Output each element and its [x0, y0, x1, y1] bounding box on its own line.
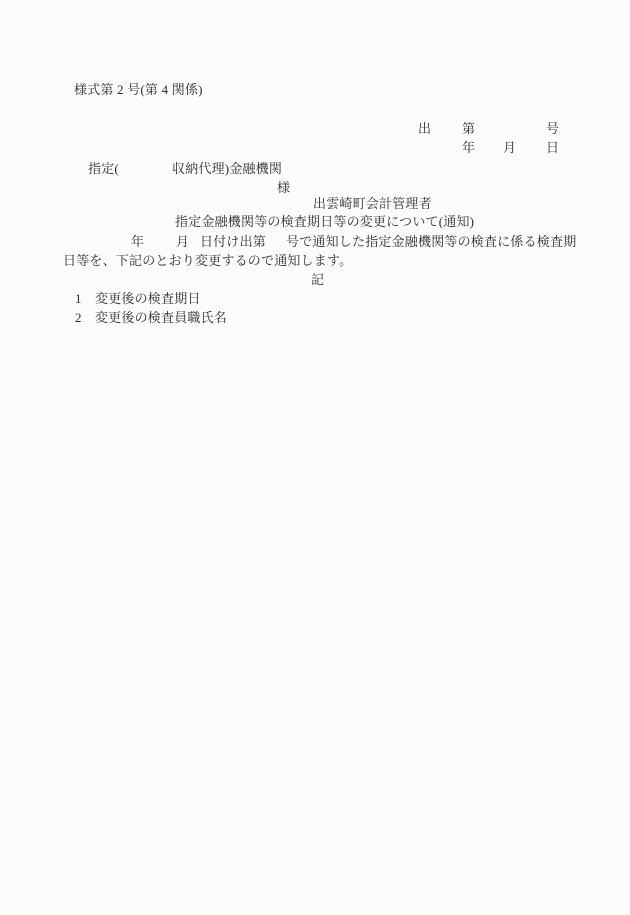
- body-line2: 日等を、下記のとおり変更するので通知します。: [63, 254, 352, 269]
- list-item-number: 2: [75, 311, 82, 326]
- list-item-number: 1: [75, 292, 82, 307]
- body-line1-rest: 号で通知した指定金融機関等の検査に係る検査期: [286, 235, 576, 250]
- list-item-label: 変更後の検査期日: [95, 292, 201, 307]
- body-line1-year: 年: [131, 235, 144, 250]
- doc-number-prefix: 第: [462, 122, 475, 137]
- doc-number-agency: 出: [418, 122, 431, 137]
- doc-number-suffix: 号: [546, 122, 559, 137]
- body-line1-day-prefix: 日付け出第: [200, 235, 266, 250]
- record-marker: 記: [311, 273, 324, 288]
- document-title: 指定金融機関等の検査期日等の変更について(通知): [175, 215, 474, 230]
- sender-name: 出雲崎町会計管理者: [313, 197, 432, 212]
- addressee-honorific: 様: [277, 181, 290, 196]
- date-day-label: 日: [546, 141, 559, 156]
- document-page: 様式第 2 号(第 4 関係) 出 第 号 年 月 日 指定( 収納代理)金融機…: [0, 0, 630, 915]
- date-month-label: 月: [503, 141, 516, 156]
- date-year-label: 年: [462, 141, 475, 156]
- list-item-label: 変更後の検査員職氏名: [95, 311, 227, 326]
- addressee-suffix: 収納代理)金融機関: [172, 162, 282, 177]
- form-number: 様式第 2 号(第 4 関係): [74, 83, 203, 98]
- addressee-prefix: 指定(: [88, 162, 119, 177]
- body-line1-month: 月: [176, 235, 189, 250]
